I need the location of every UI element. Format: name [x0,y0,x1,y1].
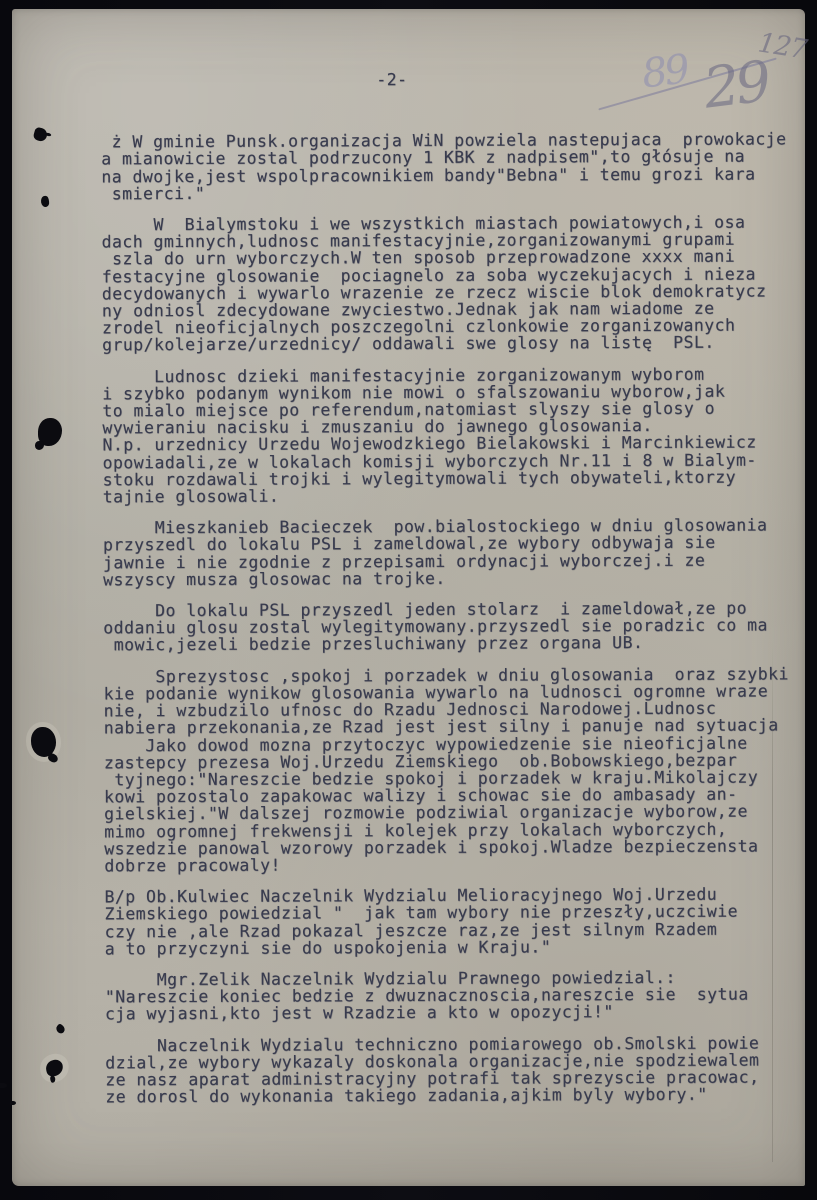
page-number: -2- [97,70,687,90]
paragraph-order-and-bobowski: Sprezystosc ,spokoj i porzadek w dniu gl… [103,665,802,874]
paper-edge-nick [10,1101,16,1105]
paragraph-bacieczki-resident: Mieszkanieb Bacieczek pow.bialostockiego… [103,517,801,589]
paragraph-smolski-statement: Naczelnik Wydzialu techniczno pomiaroweg… [105,1034,803,1106]
document-page: -2- ż W gminie Punsk.organizacja WiN pow… [12,9,805,1186]
paragraph-zelik-statement: Mgr.Zelik Naczelnik Wydzialu Prawnego po… [105,968,803,1023]
punch-hole [31,727,56,757]
paper-edge-nick [0,1083,7,1088]
paragraph-carpenter-psl: Do lokalu PSL przyszedl jeden stolarz i … [103,599,801,654]
paragraph-open-voting-pressure: Ludnosc dzieki manifestacyjnie zorganizo… [102,365,801,506]
scan-background: -2- ż W gminie Punsk.organizacja WiN pow… [0,0,817,1200]
paragraph-kulwiec-statement: B/p Ob.Kulwiec Naczelnik Wydzialu Melior… [104,885,802,957]
handwritten-annotation: 89 29 127 [630,31,817,146]
paragraph-bialystok-voting: W Bialymstoku i we wszystkich miastach p… [101,213,800,354]
typed-text-block: -2- ż W gminie Punsk.organizacja WiN pow… [10,7,808,1120]
handwritten-page-number: 29 [700,49,771,121]
